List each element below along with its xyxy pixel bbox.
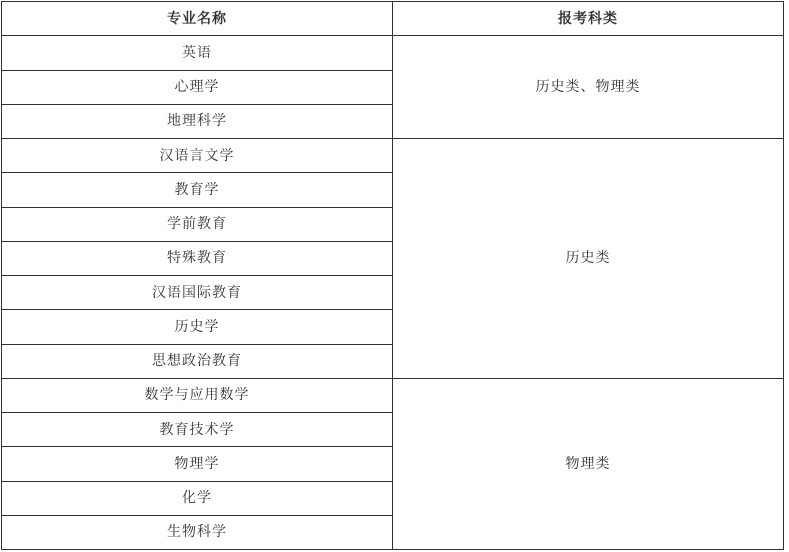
major-cell: 地理科学 [2, 104, 393, 138]
category-cell-history: 历史类 [393, 139, 784, 379]
category-cell-physics: 物理类 [393, 378, 784, 549]
major-cell: 学前教育 [2, 207, 393, 241]
table-row: 英语 历史类、物理类 [2, 36, 784, 70]
column-header-category: 报考科类 [393, 2, 784, 36]
category-cell-history-physics: 历史类、物理类 [393, 36, 784, 139]
column-header-major: 专业名称 [2, 2, 393, 36]
major-cell: 特殊教育 [2, 241, 393, 275]
major-cell: 生物科学 [2, 515, 393, 549]
major-cell: 教育技术学 [2, 413, 393, 447]
major-cell: 思想政治教育 [2, 344, 393, 378]
table-row: 数学与应用数学 物理类 [2, 378, 784, 412]
major-cell: 物理学 [2, 447, 393, 481]
major-cell: 化学 [2, 481, 393, 515]
major-cell: 数学与应用数学 [2, 378, 393, 412]
table-body: 专业名称 报考科类 英语 历史类、物理类 心理学 地理科学 汉语言文学 历史类 … [2, 2, 784, 550]
major-cell: 教育学 [2, 173, 393, 207]
majors-category-table: 专业名称 报考科类 英语 历史类、物理类 心理学 地理科学 汉语言文学 历史类 … [1, 1, 784, 550]
major-cell: 汉语国际教育 [2, 276, 393, 310]
header-row: 专业名称 报考科类 [2, 2, 784, 36]
major-cell: 心理学 [2, 70, 393, 104]
table-row: 汉语言文学 历史类 [2, 139, 784, 173]
major-cell: 历史学 [2, 310, 393, 344]
major-cell: 英语 [2, 36, 393, 70]
major-cell: 汉语言文学 [2, 139, 393, 173]
